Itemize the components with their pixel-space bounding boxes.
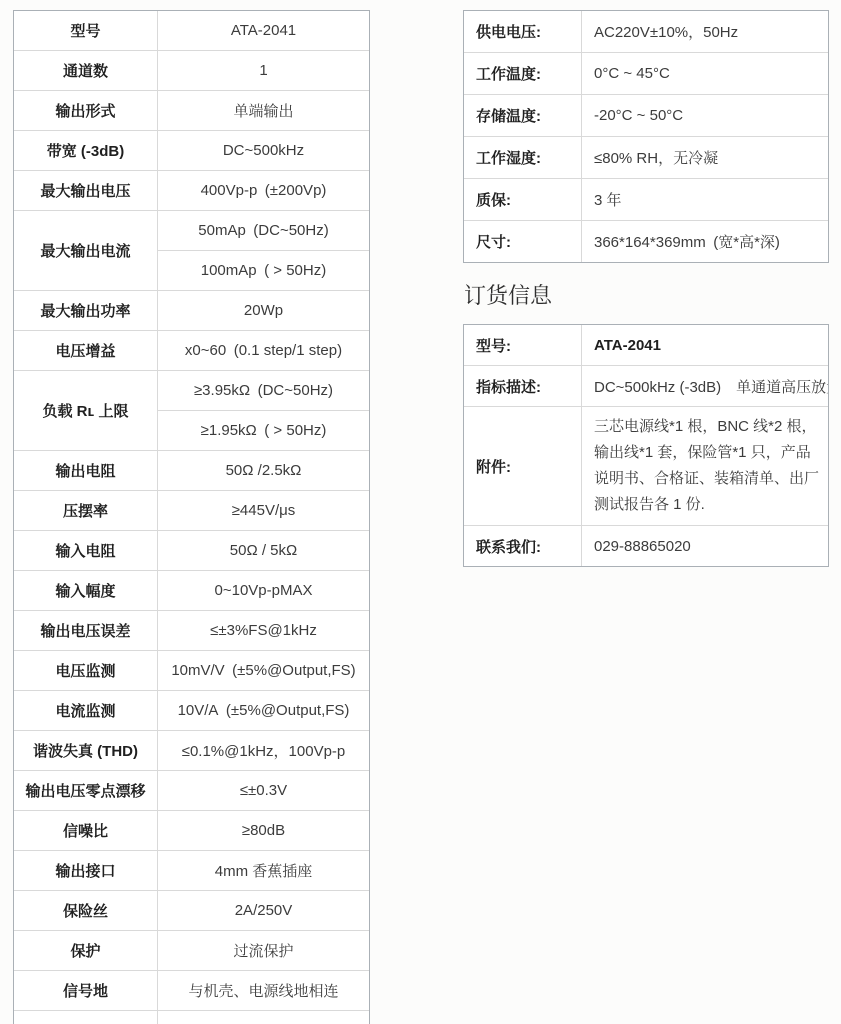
spec-row: 电流监测10V/A (±5%@Output,FS)	[14, 691, 370, 731]
spec-label: 最大输出电流	[14, 211, 158, 291]
spec-value: 50Ω /2.5kΩ	[158, 451, 370, 491]
env-value: -20°C ~ 50°C	[582, 95, 829, 137]
spec-row: 最大输出功率20Wp	[14, 291, 370, 331]
env-row: 工作温度:0°C ~ 45°C	[464, 53, 829, 95]
spec-row: 最大输出电流50mAp (DC~50Hz)	[14, 211, 370, 251]
spec-value: 2A/250V	[158, 891, 370, 931]
env-row: 供电电压:AC220V±10%，50Hz	[464, 11, 829, 53]
spec-row: 通道数1	[14, 51, 370, 91]
env-row: 存储温度:-20°C ~ 50°C	[464, 95, 829, 137]
spec-value: DC~500kHz	[158, 131, 370, 171]
spec-value: ≥1.95kΩ ( > 50Hz)	[158, 411, 370, 451]
spec-label: 输出电压零点漂移	[14, 771, 158, 811]
env-label: 供电电压:	[464, 11, 582, 53]
order-value: 029-88865020	[582, 526, 829, 567]
spec-value: 单端输出	[158, 91, 370, 131]
order-label: 附件:	[464, 407, 582, 526]
order-label: 联系我们:	[464, 526, 582, 567]
order-row: 附件:三芯电源线*1 根，BNC 线*2 根，输出线*1 套，保险管*1 只，产…	[464, 407, 829, 526]
spec-row: 型号ATA-2041	[14, 11, 370, 51]
spec-label: 输出接口	[14, 851, 158, 891]
env-row: 工作湿度:≤80% RH，无冷凝	[464, 137, 829, 179]
spec-table: 型号ATA-2041通道数1输出形式单端输出带宽 (-3dB)DC~500kHz…	[13, 10, 370, 1024]
spec-value: 50Ω / 5kΩ	[158, 531, 370, 571]
spec-label: 电压增益	[14, 331, 158, 371]
spec-value: ≥80dB	[158, 811, 370, 851]
spec-value: 4mm 香蕉插座	[158, 851, 370, 891]
spec-label: 负载 Rʟ 上限	[14, 371, 158, 451]
spec-label: 谐波失真 (THD)	[14, 731, 158, 771]
spec-label: 保护	[14, 931, 158, 971]
spec-label: 输入幅度	[14, 571, 158, 611]
spec-row: 输出接口4mm 香蕉插座	[14, 851, 370, 891]
spec-value: 与机壳、电源线地相连	[158, 971, 370, 1011]
env-value: 0°C ~ 45°C	[582, 53, 829, 95]
order-value: ATA-2041	[582, 325, 829, 366]
spec-row: 输出电阻50Ω /2.5kΩ	[14, 451, 370, 491]
spec-row: 输出电压零点漂移≤±0.3V	[14, 771, 370, 811]
order-value: 三芯电源线*1 根，BNC 线*2 根，输出线*1 套，保险管*1 只，产品说明…	[582, 407, 829, 526]
order-row: 型号:ATA-2041	[464, 325, 829, 366]
order-row: 联系我们:029-88865020	[464, 526, 829, 567]
order-value: DC~500kHz (-3dB) 单通道高压放大器	[582, 366, 829, 407]
spec-value: 100mAp ( > 50Hz)	[158, 251, 370, 291]
spec-row: 电压增益x0~60 (0.1 step/1 step)	[14, 331, 370, 371]
spec-row: 谐波失真 (THD)≤0.1%@1kHz，100Vp-p	[14, 731, 370, 771]
env-value: 366*164*369mm (宽*高*深)	[582, 221, 829, 263]
spec-row: 信号地与机壳、电源线地相连	[14, 971, 370, 1011]
spec-label: 输入电阻	[14, 531, 158, 571]
spec-value: 0~10Vp-pMAX	[158, 571, 370, 611]
spec-label: 输出电阻	[14, 451, 158, 491]
env-value: 3 年	[582, 179, 829, 221]
spec-value: 1	[158, 51, 370, 91]
spec-label: 最大输出功率	[14, 291, 158, 331]
spec-label: 通道数	[14, 51, 158, 91]
spec-value: 400Vp-p (±200Vp)	[158, 171, 370, 211]
spec-row-partial	[14, 1011, 370, 1024]
order-table: 型号:ATA-2041指标描述:DC~500kHz (-3dB) 单通道高压放大…	[463, 324, 829, 567]
spec-value	[158, 1011, 370, 1024]
env-value: AC220V±10%，50Hz	[582, 11, 829, 53]
spec-value: 20Wp	[158, 291, 370, 331]
spec-label: 信噪比	[14, 811, 158, 851]
spec-value: ≤±3%FS@1kHz	[158, 611, 370, 651]
spec-label: 电压监测	[14, 651, 158, 691]
spec-value: ATA-2041	[158, 11, 370, 51]
env-label: 工作湿度:	[464, 137, 582, 179]
spec-row: 负载 Rʟ 上限≥3.95kΩ (DC~50Hz)	[14, 371, 370, 411]
spec-label: 带宽 (-3dB)	[14, 131, 158, 171]
spec-value: ≤±0.3V	[158, 771, 370, 811]
spec-value: ≤0.1%@1kHz，100Vp-p	[158, 731, 370, 771]
order-label: 指标描述:	[464, 366, 582, 407]
spec-row: 最大输出电压400Vp-p (±200Vp)	[14, 171, 370, 211]
spec-row: 输出形式单端输出	[14, 91, 370, 131]
spec-label: 输出形式	[14, 91, 158, 131]
spec-label: 电流监测	[14, 691, 158, 731]
order-row: 指标描述:DC~500kHz (-3dB) 单通道高压放大器	[464, 366, 829, 407]
spec-row: 压摆率≥445V/μs	[14, 491, 370, 531]
spec-row: 输入电阻50Ω / 5kΩ	[14, 531, 370, 571]
spec-row: 输入幅度0~10Vp-pMAX	[14, 571, 370, 611]
env-row: 质保:3 年	[464, 179, 829, 221]
spec-label: 最大输出电压	[14, 171, 158, 211]
spec-row: 保险丝2A/250V	[14, 891, 370, 931]
spec-row: 电压监测10mV/V (±5%@Output,FS)	[14, 651, 370, 691]
spec-value: ≥445V/μs	[158, 491, 370, 531]
spec-label: 型号	[14, 11, 158, 51]
spec-row: 输出电压误差≤±3%FS@1kHz	[14, 611, 370, 651]
spec-row: 保护过流保护	[14, 931, 370, 971]
env-row: 尺寸:366*164*369mm (宽*高*深)	[464, 221, 829, 263]
env-label: 存储温度:	[464, 95, 582, 137]
spec-value: 10V/A (±5%@Output,FS)	[158, 691, 370, 731]
env-label: 质保:	[464, 179, 582, 221]
spec-value: 过流保护	[158, 931, 370, 971]
spec-label: 输出电压误差	[14, 611, 158, 651]
env-label: 工作温度:	[464, 53, 582, 95]
spec-row: 信噪比≥80dB	[14, 811, 370, 851]
env-table: 供电电压:AC220V±10%，50Hz工作温度:0°C ~ 45°C存储温度:…	[463, 10, 829, 263]
ordering-heading: 订货信息	[464, 280, 552, 312]
env-value: ≤80% RH，无冷凝	[582, 137, 829, 179]
spec-value: 10mV/V (±5%@Output,FS)	[158, 651, 370, 691]
env-label: 尺寸:	[464, 221, 582, 263]
spec-value: 50mAp (DC~50Hz)	[158, 211, 370, 251]
spec-row: 带宽 (-3dB)DC~500kHz	[14, 131, 370, 171]
spec-label	[14, 1011, 158, 1024]
order-label: 型号:	[464, 325, 582, 366]
spec-value: ≥3.95kΩ (DC~50Hz)	[158, 371, 370, 411]
spec-label: 保险丝	[14, 891, 158, 931]
spec-label: 信号地	[14, 971, 158, 1011]
spec-label: 压摆率	[14, 491, 158, 531]
spec-value: x0~60 (0.1 step/1 step)	[158, 331, 370, 371]
